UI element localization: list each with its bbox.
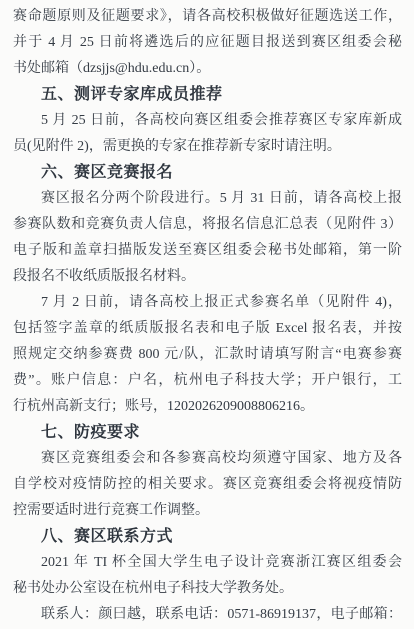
text-line: 电子版和盖章扫描版发送至赛区组委会秘书处邮箱，第一阶 <box>13 238 402 264</box>
text-line: 段报名不收纸质版报名材料。 <box>13 264 402 290</box>
text-line: 并于 4 月 25 日前将遴选后的应征题目报送到赛区组委会秘 <box>13 30 402 56</box>
text-line: 控需要适时进行竞赛工作调整。 <box>13 498 402 524</box>
section-heading: 七、防疫要求 <box>13 420 402 446</box>
text-line: 自学校对疫情防控的相关要求。赛区竞赛组委会将视疫情防 <box>13 472 402 498</box>
text-line: 赛区竞赛组委会和各参赛高校均须遵守国家、地方及各 <box>13 446 402 472</box>
text-line: 7 月 2 日前，请各高校上报正式参赛名单（见附件 4)， <box>13 290 402 316</box>
text-line: 秘书处办公室设在杭州电子科技大学教务处。 <box>13 576 402 602</box>
text-line: 包括签字盖章的纸质版报名表和电子版 Excel 报名表，并按 <box>13 316 402 342</box>
text-line-email: 书处邮箱（dzsjjs@hdu.edu.cn）。 <box>13 56 402 82</box>
text-line: 照规定交纳参赛费 800 元/队，汇款时请填写附言“电赛参赛 <box>13 342 402 368</box>
text-line: 2021 年 TI 杯全国大学生电子设计竞赛浙江赛区组委会 <box>13 550 402 576</box>
text-line-contact: 联系人：颜曰越，联系电话：0571-86919137，电子邮箱： <box>13 602 402 628</box>
text-line: 赛命题原则及征题要求》，请各高校积极做好征题选送工作， <box>13 4 402 30</box>
text-line: 参赛队数和竞赛负责人信息，将报名信息汇总表（见附件 3） <box>13 212 402 238</box>
section-heading: 五、测评专家库成员推荐 <box>13 82 402 108</box>
text-line: 5 月 25 日前，各高校向赛区组委会推荐赛区专家库新成 <box>13 108 402 134</box>
text-line: 员(见附件 2)，需更换的专家在推荐新专家时请注明。 <box>13 134 402 160</box>
section-heading: 六、赛区竞赛报名 <box>13 160 402 186</box>
document-page: 赛命题原则及征题要求》，请各高校积极做好征题选送工作， 并于 4 月 25 日前… <box>0 0 414 629</box>
text-line-account: 行杭州高新支行；账号，1202026209008806216。 <box>13 394 402 420</box>
text-line: 费”。账户信息：户名，杭州电子科技大学；开户银行，工 <box>13 368 402 394</box>
section-heading: 八、赛区联系方式 <box>13 524 402 550</box>
text-line: 赛区报名分两个阶段进行。5 月 31 日前，请各高校上报 <box>13 186 402 212</box>
